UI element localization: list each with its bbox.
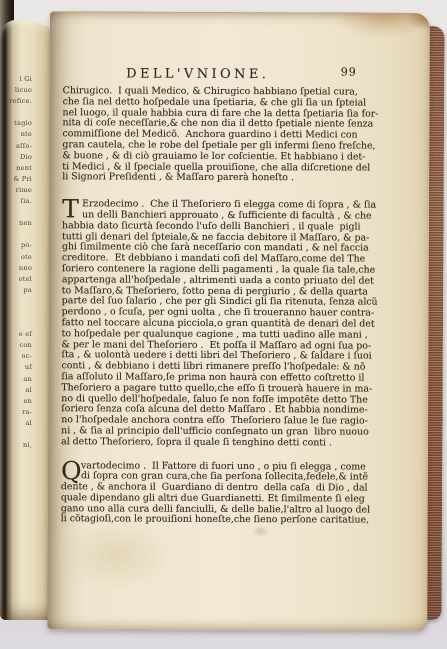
- text-line: li Signori Preſidenti , & Maſſaro parerà…: [62, 173, 362, 185]
- text-line: [0, 429, 32, 440]
- text-line: an: [0, 374, 32, 385]
- text-line: [0, 229, 32, 240]
- book-photograph: i Gilicuorefice. tagionteaſſo-Dionent& P…: [0, 0, 447, 649]
- text-line: al: [0, 418, 32, 429]
- text-line: nte: [0, 129, 32, 140]
- text-line: refice.: [0, 96, 32, 107]
- page-heading: DELL'VNIONE.: [126, 67, 269, 83]
- text-line: nno: [0, 263, 32, 274]
- text-line: pa: [0, 285, 32, 296]
- text-line: uſ: [0, 362, 32, 373]
- text-line: nen: [0, 218, 32, 229]
- facing-page-marginalia: i Gilicuorefice. tagionteaſſo-Dionent& P…: [0, 74, 34, 451]
- paragraph-chirugico: Chirugico. I quali Medico, & Chirugico h…: [62, 86, 362, 184]
- text-line: ſia.: [0, 196, 32, 207]
- text-line: i Gi: [0, 74, 32, 85]
- text-line: [0, 107, 32, 118]
- text-line: rime: [0, 185, 32, 196]
- text-line: e eſ: [0, 329, 32, 340]
- text-line: ni,: [0, 440, 32, 451]
- text-line: al detto Theſoriero, ſopra il quale ſi t…: [61, 437, 361, 449]
- text-line: al: [0, 385, 32, 396]
- drop-cap: T: [62, 198, 79, 220]
- text-line: oc-: [0, 351, 32, 362]
- text-line: & Pri: [0, 174, 32, 185]
- text-line: ra-: [0, 407, 32, 418]
- text-line: tagio: [0, 118, 32, 129]
- text-line: otel: [0, 274, 32, 285]
- text-line: li cõtagioſi,con le prouiſioni honeſte,c…: [61, 515, 361, 527]
- text-line: licuo: [0, 85, 32, 96]
- page-number: 99: [341, 65, 357, 78]
- text-line: [0, 318, 32, 329]
- text-line: nent: [0, 163, 32, 174]
- text-line: ote: [0, 252, 32, 263]
- paragraph-lines: vartodecimo . Il Fattore di fuori uno , …: [61, 461, 361, 527]
- text-line: aſſo-: [0, 141, 32, 152]
- text-line: po-: [0, 240, 32, 251]
- paragraph-lines: Chirugico. I quali Medico, & Chirugico h…: [62, 86, 362, 184]
- text-line: con: [0, 340, 32, 351]
- text-line: en: [0, 396, 32, 407]
- paragraph-lines: Erzodecimo . Che il Theſoriero ſi elegga…: [61, 199, 362, 449]
- running-head: DELL'VNIONE. 99: [63, 62, 363, 77]
- page-text-block: DELL'VNIONE. 99 Chirugico. I quali Medic…: [61, 62, 363, 527]
- text-line: [0, 307, 32, 318]
- drop-cap: Q: [61, 460, 82, 482]
- text-line: [0, 207, 32, 218]
- paragraph-quartodecimo: Q vartodecimo . Il Fattore di fuori uno …: [61, 461, 361, 527]
- paragraph-terzodecimo: T Erzodecimo . Che il Theſoriero ſi eleg…: [61, 199, 362, 449]
- text-line: [0, 296, 32, 307]
- book-page: DELL'VNIONE. 99 Chirugico. I quali Medic…: [47, 11, 430, 631]
- text-line: Dio: [0, 152, 32, 163]
